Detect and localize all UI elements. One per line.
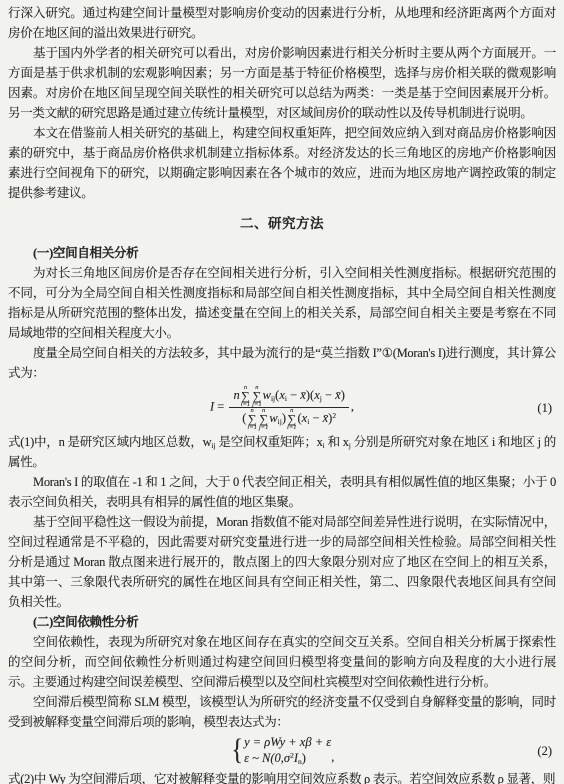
body-paragraph-moran-intro: 度量全局空间自相关的方法较多，其中最为流行的是“莫兰指数 I”①(Moran's…	[8, 343, 556, 383]
body-paragraph-formula1-explanation: 式(1)中，n 是研究区域内地区总数，wij 是空间权重矩阵；xi 和 xj 分…	[8, 432, 556, 472]
slm-equation-line: y = ρWy + xβ + ε	[244, 734, 331, 750]
subsection-heading-spatial-dependence: (二)空间依赖性分析	[8, 612, 556, 632]
left-brace: {	[231, 736, 243, 764]
fraction: nn∑i=1n∑j=1wij(xi − x̄)(xj − x̄) (n∑i=1n…	[229, 385, 348, 430]
slm-model-formula: { y = ρWy + xβ + ε ε ~ N(0,σ2In) , (2)	[8, 734, 556, 767]
summation-symbol: n∑i=1	[287, 408, 296, 430]
equals-sign: =	[217, 400, 224, 414]
section-heading-research-methods: 二、研究方法	[8, 214, 556, 234]
body-paragraph-slm-intro: 空间滞后模型简称 SLM 模型，该模型认为所研究的经济变量不仅受到自身解释变量的…	[8, 692, 556, 732]
body-paragraph-dependence-intro: 空间依赖性，表现为所研究对象在地区间存在真实的空间交互关系。空间自相关分析属于探…	[8, 632, 556, 692]
formula-comma: ,	[331, 750, 334, 764]
cases-block: y = ρWy + xβ + ε ε ~ N(0,σ2In)	[244, 734, 331, 766]
summation-symbol: n∑j=1	[259, 408, 268, 430]
body-paragraph-this-paper: 本文在借鉴前人相关研究的基础上，构建空间权重矩阵，把空间效应纳入到对商品房价格影…	[8, 123, 556, 203]
fraction-numerator: nn∑i=1n∑j=1wij(xi − x̄)(xj − x̄)	[229, 385, 348, 407]
subsection-heading-spatial-autocorrelation: (一)空间自相关分析	[8, 243, 556, 263]
equation-number-1: (1)	[537, 398, 552, 418]
summation-symbol: n∑i=1	[247, 408, 256, 430]
scanned-paper-page: { "doc": { "p1": "行深入研究。通过构建空间计量模型对影响房价变…	[0, 0, 564, 784]
body-paragraph-formula2-explanation: 式(2)中 Wy 为空间滞后项，它对被解释变量的影响用空间效应系数 ρ 表示。若…	[8, 769, 556, 784]
body-paragraph-autocorrelation-intro: 为对长三角地区间房价是否存在空间相关进行分析，引入空间相关性测度指标。根据研究范…	[8, 263, 556, 343]
equation-number-2: (2)	[537, 741, 552, 761]
error-distribution-line: ε ~ N(0,σ2In)	[244, 750, 331, 766]
formula-lhs: I	[210, 400, 214, 414]
body-paragraph-literature-review: 基于国内外学者的相关研究可以看出，对房价影响因素进行相关分析时主要从两个方面展开…	[8, 43, 556, 123]
fraction-denominator: (n∑i=1n∑j=1wij)n∑i=1(xi − x̄)2	[229, 407, 348, 430]
moran-index-formula: I = nn∑i=1n∑j=1wij(xi − x̄)(xj − x̄) (n∑…	[8, 385, 556, 430]
summation-symbol: n∑i=1	[241, 385, 250, 407]
summation-symbol: n∑j=1	[252, 385, 261, 407]
formula-comma: ,	[351, 400, 354, 414]
body-paragraph-spillover: 行深入研究。通过构建空间计量模型对影响房价变动的因素进行分析，从地理和经济距离两…	[8, 3, 556, 43]
body-paragraph-local-autocorrelation: 基于空间平稳性这一假设为前提，Moran 指数值不能对局部空间差异性进行说明，在…	[8, 512, 556, 612]
body-paragraph-moran-range: Moran's I 的取值在 -1 和 1 之间，大于 0 代表空间正相关，表明…	[8, 472, 556, 512]
